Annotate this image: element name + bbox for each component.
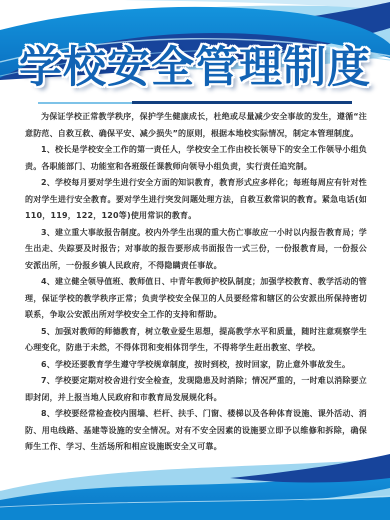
rule-paragraph: 3、建立重大事故报告制度。校内外学生出现的重大伤亡事故应一小时以内报告教育局；学… bbox=[25, 225, 367, 275]
poster-title: 学校安全管理制度 bbox=[0, 46, 390, 91]
bottom-wave-decoration bbox=[0, 454, 390, 520]
rules-text: 为保证学校正常教学秩序，保护学生健康成长，杜绝或尽量减少安全事故的发生，遵循“注… bbox=[25, 109, 367, 456]
rule-paragraph: 为保证学校正常教学秩序，保护学生健康成长，杜绝或尽量减少安全事故的发生，遵循“注… bbox=[25, 109, 367, 142]
rule-paragraph: 2、学校每月要对学生进行安全方面的知识教育，教育形式应多样化；每班每周应有针对性… bbox=[25, 175, 367, 225]
title-block: 学校安全管理制度 bbox=[0, 46, 390, 91]
rule-paragraph: 8、学校要经常检查校内围墙、栏杆、扶手、门窗、楼梯以及各种体育设施、课外活动、消… bbox=[25, 406, 367, 456]
rule-paragraph: 7、学校要定期对校舍进行安全检查，发现隐患及时消除；情况严重的，一时难以消除要立… bbox=[25, 373, 367, 406]
poster-page: 学校安全管理制度 为保证学校正常教学秩序，保护学生健康成长，杜绝或尽量减少安全事… bbox=[0, 0, 390, 520]
underline-left-segment bbox=[38, 102, 132, 104]
underline-right-segment bbox=[132, 101, 352, 104]
rule-paragraph: 1、校长是学校安全工作的第一责任人，学校安全工作由校长领导下的安全工作领导小组负… bbox=[25, 142, 367, 175]
rule-paragraph: 4、建立健全领导值班、教师值日、中青年教师护校队制度；加强学校教育、教学活动的管… bbox=[25, 274, 367, 324]
rule-paragraph: 5、加强对教师的师德教育，树立敬业爱生思想，提高教学水平和质量，随时注意观察学生… bbox=[25, 324, 367, 357]
rule-paragraph: 6、学校还要教育学生遵守学校规章制度，按时到校，按时回家，防止意外事故发生。 bbox=[25, 357, 367, 374]
title-underline bbox=[38, 101, 352, 104]
